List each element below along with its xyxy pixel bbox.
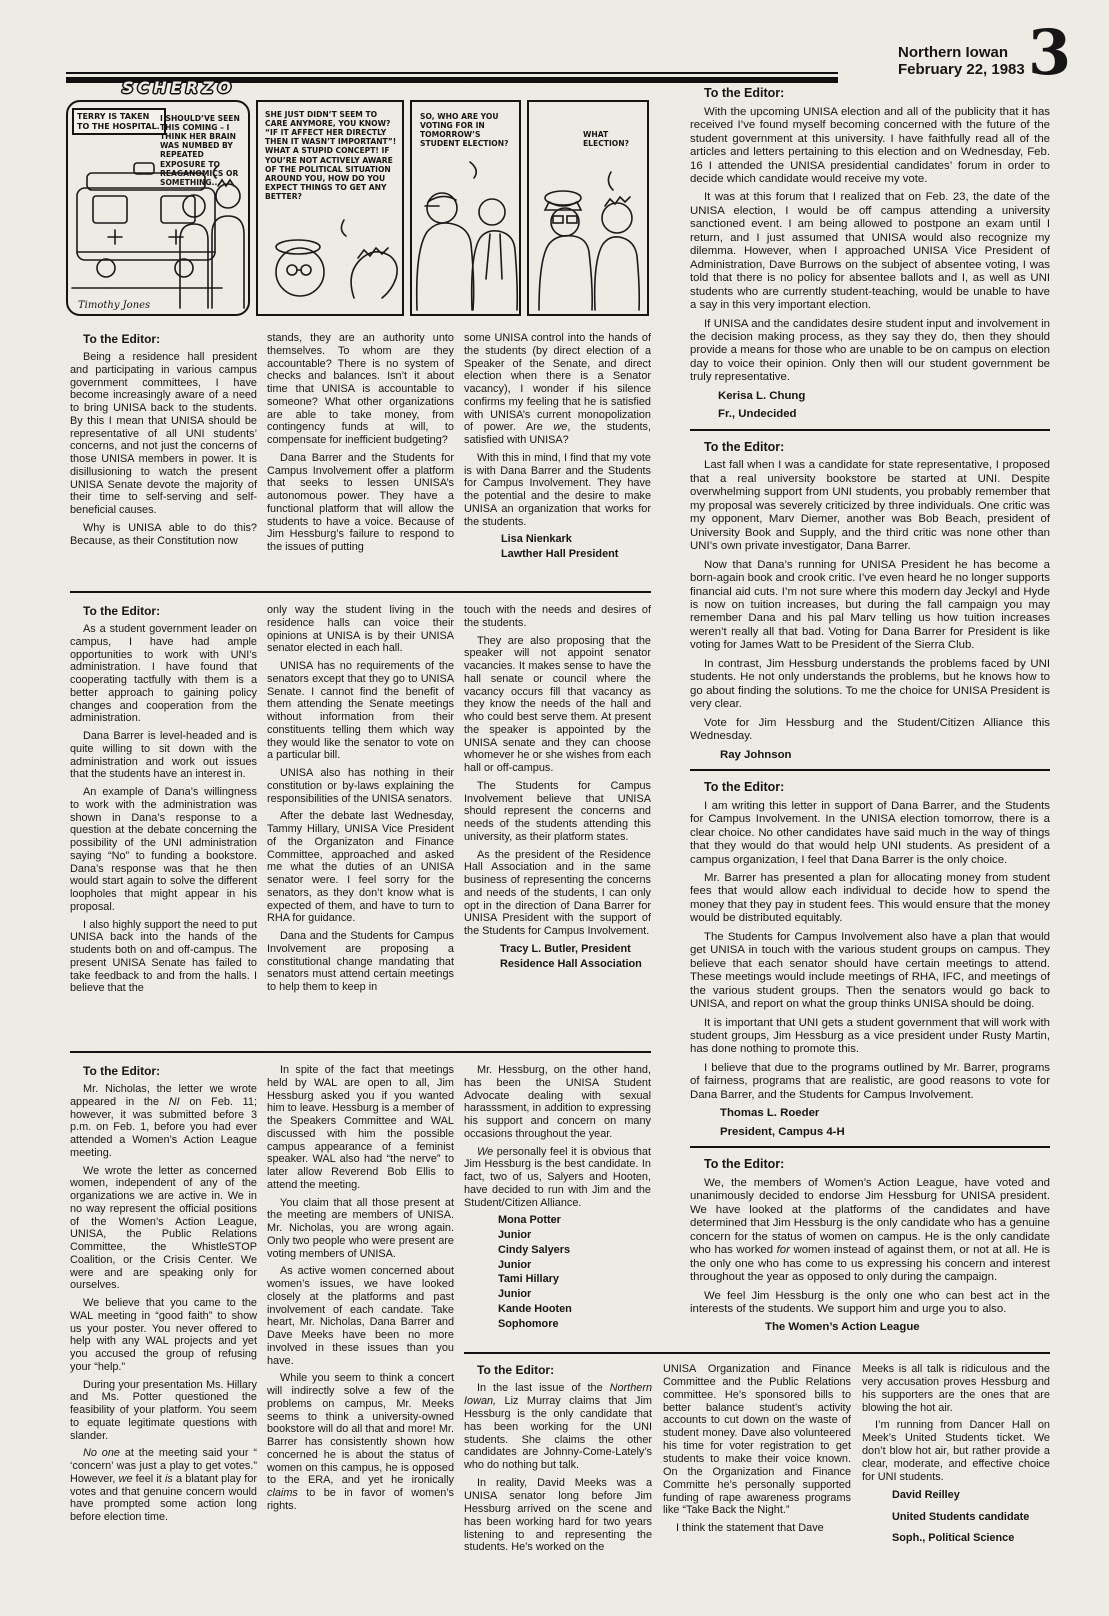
section-rule — [70, 1051, 651, 1053]
letter-column: In spite of the fact that meetings held … — [267, 1064, 454, 1529]
letter-column: Meeks is all talk is ridiculous and the … — [862, 1363, 1050, 1559]
signature-block: Mona PotterJuniorCindy SalyersJuniorTami… — [498, 1214, 651, 1330]
masthead: Northern Iowan February 22, 1983 — [898, 44, 1048, 79]
comic-speech: I SHOULD’VE SEEN THIS COMING – I THINK H… — [160, 114, 246, 187]
letter-heading: To the Editor: — [70, 1064, 257, 1078]
comic-panel-3: SO, WHO ARE YOU VOTING FOR IN TOMORROW’S… — [410, 100, 521, 316]
signature-block: Tracy L. Butler, PresidentResidence Hall… — [500, 943, 651, 971]
letter-column: To the Editor: Mr. Nicholas, the letter … — [70, 1064, 257, 1529]
letter-butler: To the Editor: As a student government l… — [70, 604, 651, 1000]
letter-column: To the Editor: Being a residence hall pr… — [70, 332, 257, 563]
page-number: 3 — [1028, 22, 1069, 84]
section-rule — [690, 429, 1050, 431]
letter-heading: To the Editor: — [70, 604, 257, 618]
right-column: To the Editor: With the upcoming UNISA e… — [690, 86, 1050, 1348]
signature-block: David ReilleyUnited Students candidateSo… — [892, 1489, 1050, 1546]
comic-title: SCHERZO — [122, 78, 235, 97]
section-rule — [464, 1352, 1050, 1354]
letter-heading: To the Editor: — [690, 440, 1050, 455]
letter-johnson: To the Editor: Last fall when I was a ca… — [690, 440, 1050, 762]
section-rule — [70, 591, 651, 593]
letter-column: stands, they are an authority unto thems… — [267, 332, 454, 563]
letter-nienkark: To the Editor: Being a residence hall pr… — [70, 332, 651, 563]
comic-speech: WHAT ELECTION? — [583, 130, 643, 148]
signature-block: Kerisa L. ChungFr., Undecided — [718, 390, 1050, 422]
letter-body: With the upcoming UNISA election and all… — [690, 106, 1050, 385]
signature-block: Ray Johnson — [720, 749, 1050, 762]
letter-column: some UNISA control into the hands of the… — [464, 332, 651, 563]
letter-heading: To the Editor: — [464, 1363, 652, 1377]
comic-panel-2: SHE JUST DIDN’T SEEM TO CARE ANYMORE, YO… — [256, 100, 404, 316]
letter-wal-endorse: To the Editor: We, the members of Women’… — [690, 1157, 1050, 1335]
signature-block: The Women’s Action League — [765, 1321, 1050, 1334]
letter-column: touch with the needs and desires of the … — [464, 604, 651, 1000]
letter-body: Meeks is all talk is ridiculous and the … — [862, 1363, 1050, 1484]
letter-reilley: To the Editor: In the last issue of the … — [464, 1363, 1050, 1559]
letter-body: Being a residence hall president and par… — [70, 351, 257, 547]
letter-chung: To the Editor: With the upcoming UNISA e… — [690, 86, 1050, 422]
comic-panel-4: WHAT ELECTION? — [527, 100, 649, 316]
signature-block: Thomas L. RoederPresident, Campus 4-H — [720, 1107, 1050, 1139]
letter-column: To the Editor: In the last issue of the … — [464, 1363, 652, 1559]
section-rule — [690, 1146, 1050, 1148]
letter-body: only way the student living in the resid… — [267, 604, 454, 994]
letter-body: In the last issue of the Northern Iowan,… — [464, 1382, 652, 1554]
letter-heading: To the Editor: — [70, 332, 257, 346]
comic-speech: SO, WHO ARE YOU VOTING FOR IN TOMORROW’S… — [420, 112, 516, 148]
letter-roeder: To the Editor: I am writing this letter … — [690, 780, 1050, 1139]
letter-body: UNISA Organization and Finance Committee… — [663, 1363, 851, 1535]
comic-strip: SCHERZO — [66, 84, 651, 320]
comic-panels: TERRY IS TAKEN TO THE HOSPITAL. I SHOULD… — [66, 100, 649, 316]
letter-body: Mr. Hessburg, on the other hand, has bee… — [464, 1064, 651, 1209]
header-rule-thin — [66, 72, 838, 74]
letter-body: touch with the needs and desires of the … — [464, 604, 651, 938]
letter-heading: To the Editor: — [690, 86, 1050, 101]
letter-column: UNISA Organization and Finance Committee… — [663, 1363, 851, 1559]
artist-signature: Timothy Jones — [78, 300, 150, 311]
signature-block: Lisa NienkarkLawther Hall President — [501, 533, 651, 561]
comic-speech: SHE JUST DIDN’T SEEM TO CARE ANYMORE, YO… — [265, 110, 399, 201]
letter-body: As a student government leader on campus… — [70, 623, 257, 995]
letter-body: Mr. Nicholas, the letter we wrote appear… — [70, 1083, 257, 1524]
letter-heading: To the Editor: — [690, 780, 1050, 795]
comic-caption: TERRY IS TAKEN TO THE HOSPITAL. — [72, 108, 166, 135]
letter-body: I am writing this letter in support of D… — [690, 800, 1050, 1103]
newspaper-page: Northern Iowan February 22, 1983 3 SCHER… — [0, 0, 1109, 1616]
letter-body: In spite of the fact that meetings held … — [267, 1064, 454, 1513]
letter-column: only way the student living in the resid… — [267, 604, 454, 1000]
letter-body: Last fall when I was a candidate for sta… — [690, 459, 1050, 743]
letter-heading: To the Editor: — [690, 1157, 1050, 1172]
letter-column: To the Editor: As a student government l… — [70, 604, 257, 1000]
section-rule — [690, 769, 1050, 771]
issue-date: February 22, 1983 — [898, 61, 1048, 78]
comic-panel-1: TERRY IS TAKEN TO THE HOSPITAL. I SHOULD… — [66, 100, 250, 316]
letter-body: stands, they are an authority unto thems… — [267, 332, 454, 554]
letter-body: We, the members of Women’s Action League… — [690, 1177, 1050, 1317]
letter-body: some UNISA control into the hands of the… — [464, 332, 651, 528]
publication-name: Northern Iowan — [898, 44, 1048, 61]
